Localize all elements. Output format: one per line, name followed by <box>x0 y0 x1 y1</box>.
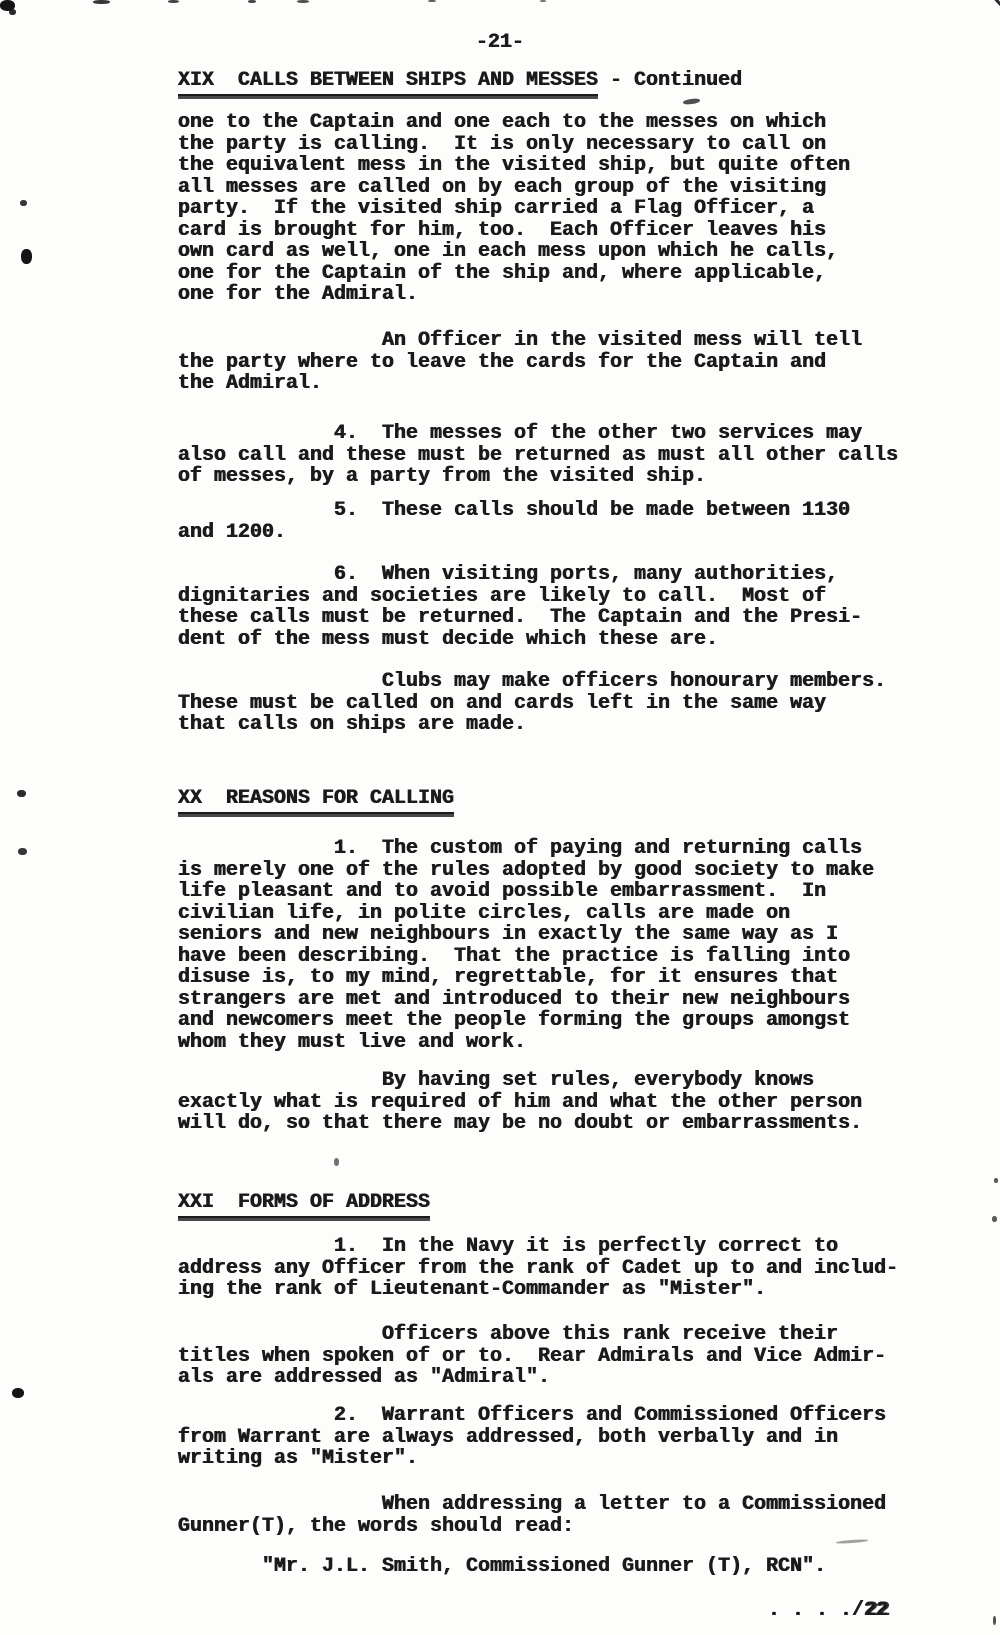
ink-speck <box>21 249 32 264</box>
text-line: "Mr. J.L. Smith, Commissioned Gunner (T)… <box>178 1556 826 1578</box>
text-line: 6. When visiting ports, many authorities… <box>178 564 862 586</box>
text-line: will do, so that there may be no doubt o… <box>178 1113 862 1135</box>
ink-speck <box>334 1158 339 1166</box>
text-line: that calls on ships are made. <box>178 714 886 736</box>
text-line: dignitaries and societies are likely to … <box>178 586 862 608</box>
ink-speck <box>248 0 256 3</box>
text-line: 4. The messes of the other two services … <box>178 423 898 445</box>
text-line: dent of the mess must decide which these… <box>178 629 862 651</box>
text-line: 1. The custom of paying and returning ca… <box>178 838 874 860</box>
text-line: one to the Captain and one each to the m… <box>178 112 850 134</box>
footer-slash: / <box>852 1599 864 1622</box>
ink-speck <box>93 0 110 4</box>
paragraph-item-4: 4. The messes of the other two services … <box>178 423 898 488</box>
text-line: ing the rank of Lieutenant-Commander as … <box>178 1279 898 1301</box>
section-heading-xxi: XXI FORMS OF ADDRESS <box>178 1192 430 1218</box>
paragraph-navy-mister: 1. In the Navy it is perfectly correct t… <box>178 1236 898 1301</box>
section-heading-xix-underlined-text: XIX CALLS BETWEEN SHIPS AND MESSES <box>178 70 598 96</box>
ink-speck <box>428 0 436 2</box>
text-line: als are addressed as "Admiral". <box>178 1367 886 1389</box>
page-number-text: -21- <box>476 32 524 54</box>
ink-speck <box>981 0 1000 16</box>
section-heading-xxi-underlined-text: XXI FORMS OF ADDRESS <box>178 1192 430 1218</box>
text-line: disuse is, to my mind, regrettable, for … <box>178 967 874 989</box>
text-line: is merely one of the rules adopted by go… <box>178 860 874 882</box>
ink-speck <box>836 1539 868 1544</box>
paragraph-titles: Officers above this rank receive theirti… <box>178 1324 886 1389</box>
paragraph-item-6: 6. When visiting ports, many authorities… <box>178 564 862 650</box>
text-line: Gunner(T), the words should read: <box>178 1516 886 1538</box>
ink-speck <box>297 0 309 3</box>
text-line: the Admiral. <box>178 373 862 395</box>
text-line: Officers above this rank receive their <box>178 1324 886 1346</box>
text-line: all messes are called on by each group o… <box>178 177 850 199</box>
text-line: When addressing a letter to a Commission… <box>178 1494 886 1516</box>
ink-speck <box>12 1388 24 1398</box>
ink-speck <box>683 98 701 105</box>
page-number: -21- <box>476 32 524 54</box>
paragraph-addressing-letter: When addressing a letter to a Commission… <box>178 1494 886 1537</box>
paragraph-custom-of-calls: 1. The custom of paying and returning ca… <box>178 838 874 1053</box>
text-line: card is brought for him, too. Each Offic… <box>178 220 850 242</box>
text-line: exactly what is required of him and what… <box>178 1092 862 1114</box>
text-line: the party where to leave the cards for t… <box>178 352 862 374</box>
paragraph-officer-will-tell: An Officer in the visited mess will tell… <box>178 330 862 395</box>
paragraph-warrant-officers: 2. Warrant Officers and Commissioned Off… <box>178 1405 886 1470</box>
ink-speck <box>9 9 16 15</box>
text-line: Clubs may make officers honourary member… <box>178 671 886 693</box>
text-line: and 1200. <box>178 522 850 544</box>
text-line: whom they must live and work. <box>178 1032 874 1054</box>
text-line: 5. These calls should be made between 11… <box>178 500 850 522</box>
text-line: and newcomers meet the people forming th… <box>178 1010 874 1032</box>
text-line: 2. Warrant Officers and Commissioned Off… <box>178 1405 886 1427</box>
ink-speck <box>18 848 27 855</box>
paragraph-item-5: 5. These calls should be made between 11… <box>178 500 850 543</box>
paragraph-calls-continued: one to the Captain and one each to the m… <box>178 112 850 306</box>
text-line: strangers are met and introduced to thei… <box>178 989 874 1011</box>
section-heading-xx-underlined-text: XX REASONS FOR CALLING <box>178 788 454 814</box>
text-line: the party is calling. It is only necessa… <box>178 134 850 156</box>
ink-speck <box>992 1216 997 1222</box>
section-heading-xix: XIX CALLS BETWEEN SHIPS AND MESSES - Con… <box>178 70 742 96</box>
text-line: civilian life, in polite circles, calls … <box>178 903 874 925</box>
text-line: the equivalent mess in the visited ship,… <box>178 155 850 177</box>
text-line: titles when spoken of or to. Rear Admira… <box>178 1346 886 1368</box>
text-line: own card as well, one in each mess upon … <box>178 241 850 263</box>
paragraph-set-rules: By having set rules, everybody knowsexac… <box>178 1070 862 1135</box>
text-line: one for the Admiral. <box>178 284 850 306</box>
text-line: party. If the visited ship carried a Fla… <box>178 198 850 220</box>
text-line: address any Officer from the rank of Cad… <box>178 1258 898 1280</box>
quote-address-example: "Mr. J.L. Smith, Commissioned Gunner (T)… <box>178 1556 826 1578</box>
footer-next-page-number: 22 <box>864 1599 888 1622</box>
text-line: of messes, by a party from the visited s… <box>178 466 898 488</box>
paragraph-clubs: Clubs may make officers honourary member… <box>178 671 886 736</box>
ink-speck <box>20 200 27 206</box>
text-line: life pleasant and to avoid possible emba… <box>178 881 874 903</box>
text-line: also call and these must be returned as … <box>178 445 898 467</box>
document-page: -21-XIX CALLS BETWEEN SHIPS AND MESSES -… <box>0 0 1000 1635</box>
ink-speck <box>994 1178 998 1183</box>
ink-speck <box>168 0 179 3</box>
text-line: have been describing. That the practice … <box>178 946 874 968</box>
ink-speck <box>993 1616 996 1625</box>
text-line: An Officer in the visited mess will tell <box>178 330 862 352</box>
section-heading-xix-suffix: - Continued <box>598 69 742 92</box>
text-line: writing as "Mister". <box>178 1448 886 1470</box>
text-line: By having set rules, everybody knows <box>178 1070 862 1092</box>
footer-dots: . . . . <box>768 1599 852 1622</box>
text-line: 1. In the Navy it is perfectly correct t… <box>178 1236 898 1258</box>
section-heading-xx: XX REASONS FOR CALLING <box>178 788 454 814</box>
ink-speck <box>17 790 26 797</box>
text-line: These must be called on and cards left i… <box>178 693 886 715</box>
page-footer-continuation: . . . ./22 <box>768 1600 888 1622</box>
text-line: these calls must be returned. The Captai… <box>178 607 862 629</box>
text-line: seniors and new neighbours in exactly th… <box>178 924 874 946</box>
text-line: one for the Captain of the ship and, whe… <box>178 263 850 285</box>
ink-speck <box>540 0 546 2</box>
text-line: from Warrant are always addressed, both … <box>178 1427 886 1449</box>
